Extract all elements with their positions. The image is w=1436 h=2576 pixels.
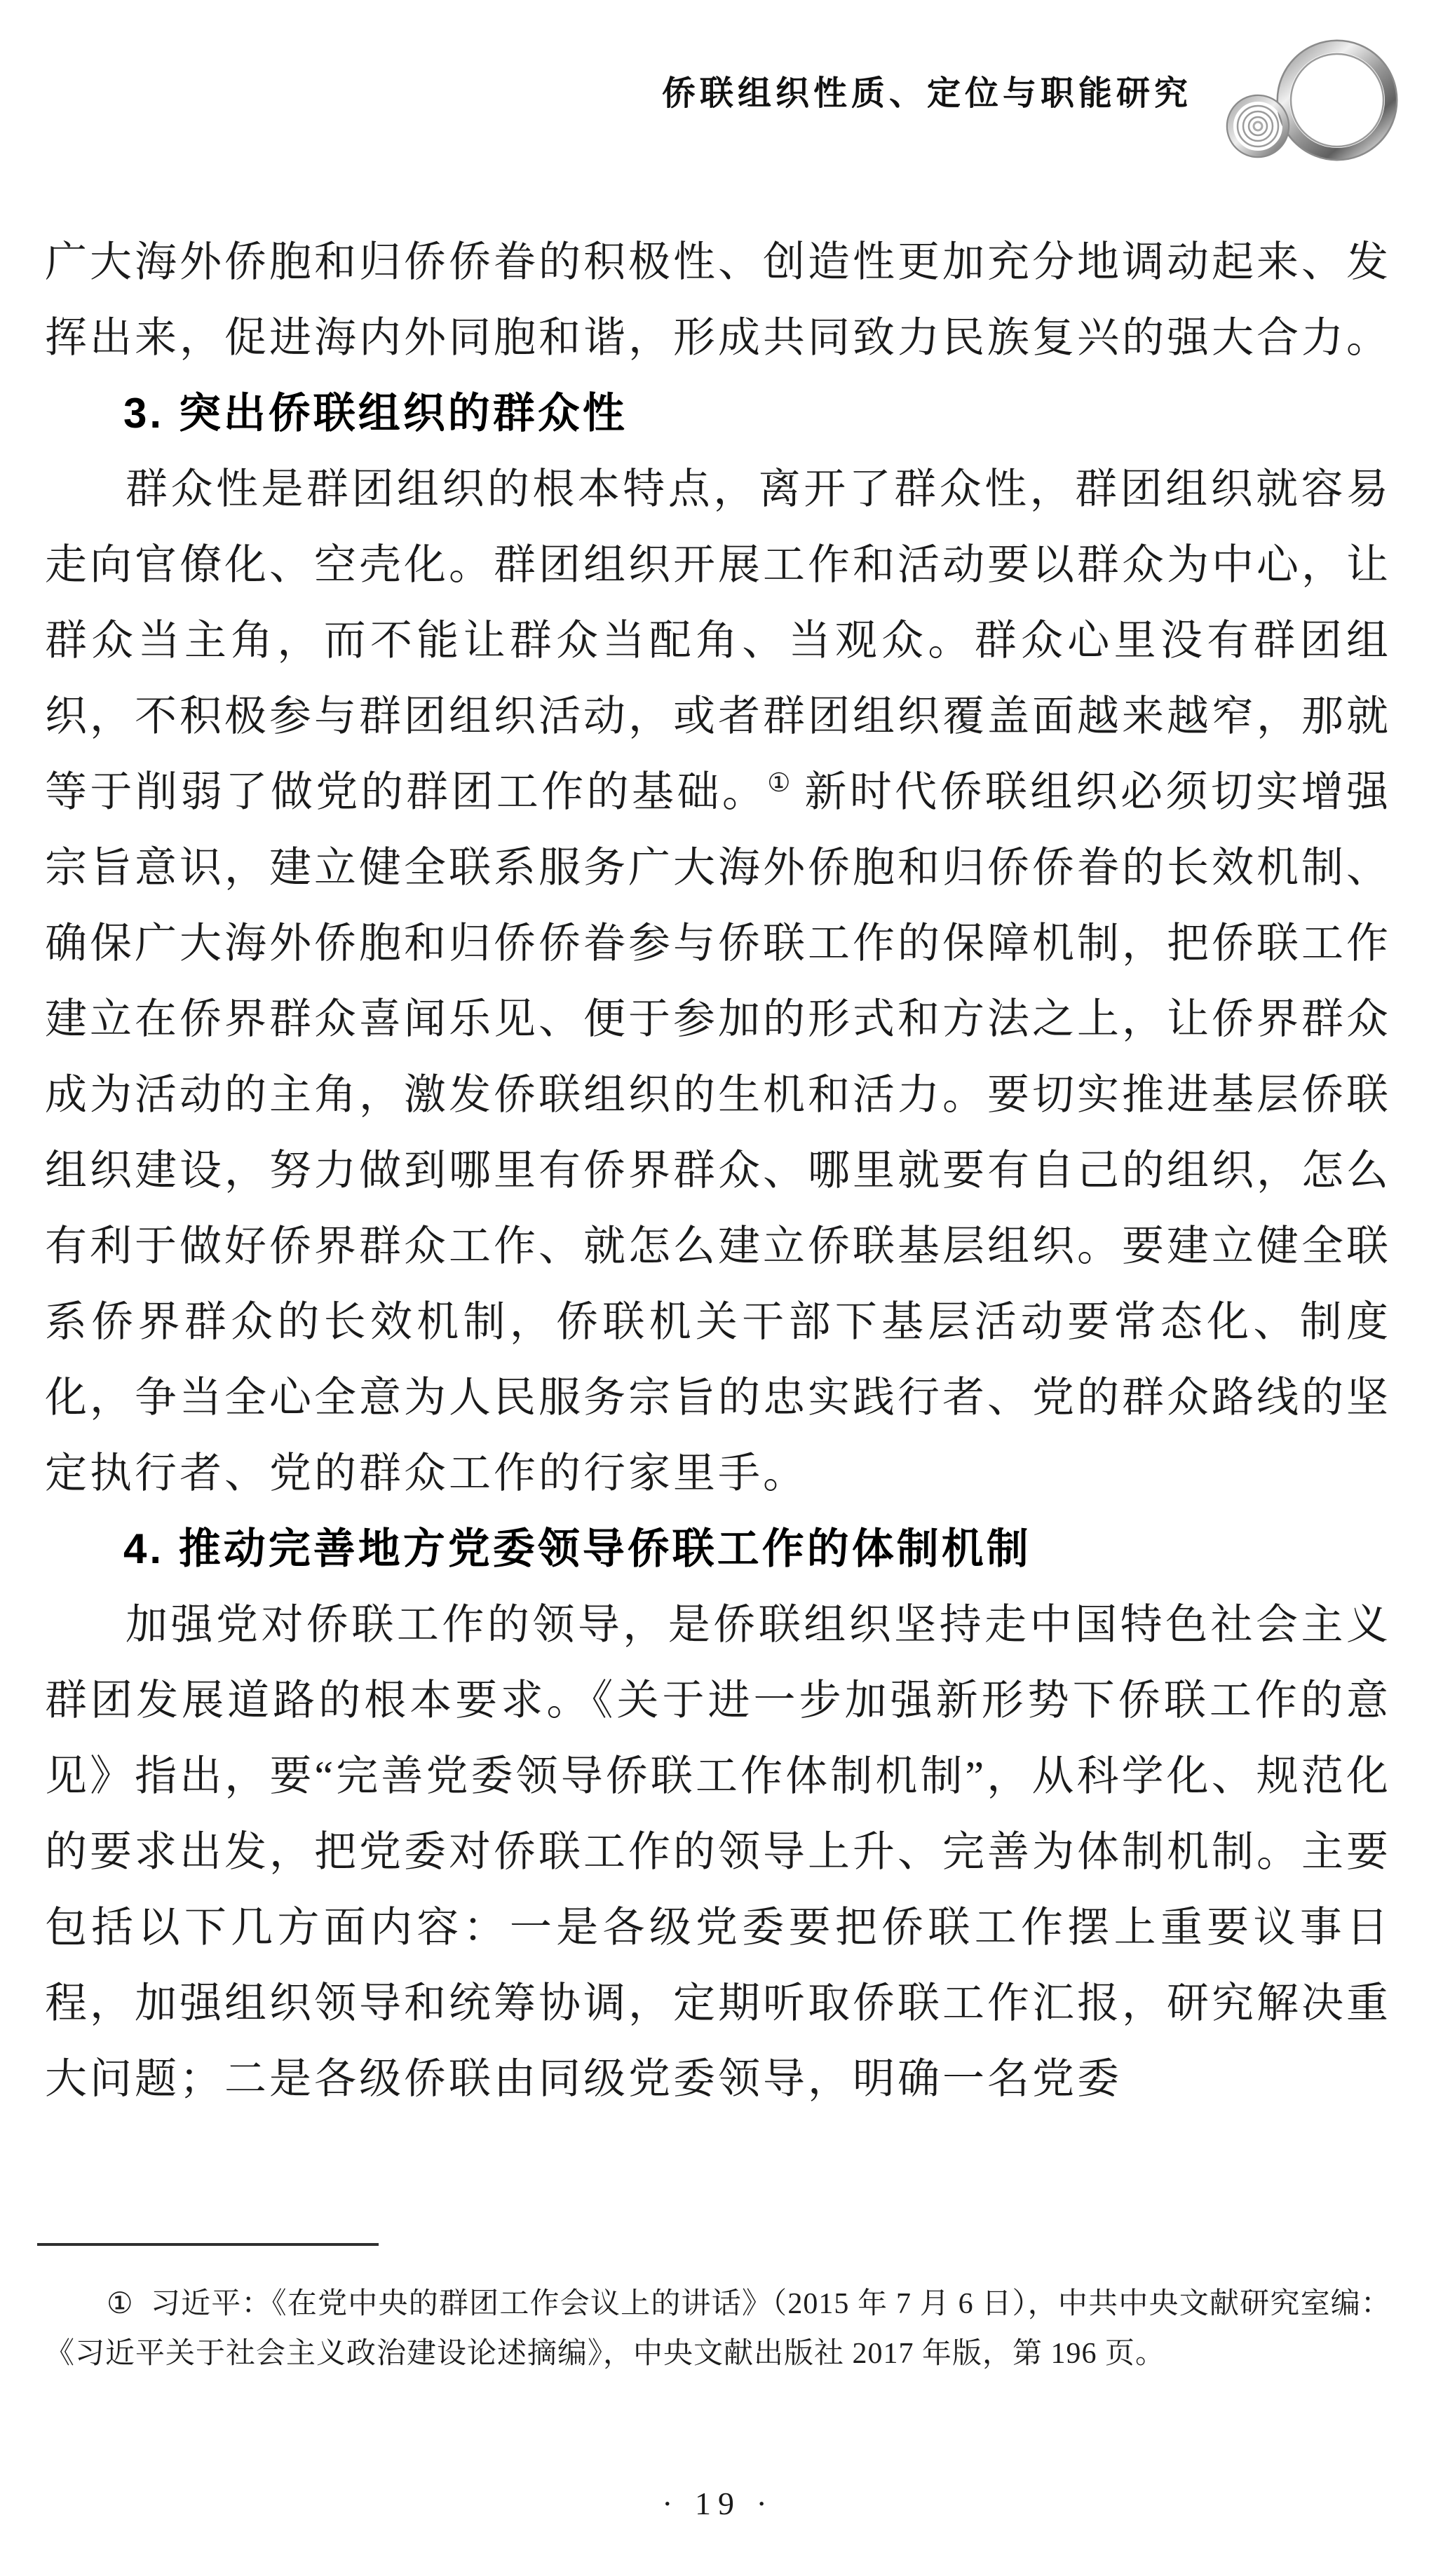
rings-decoration-icon (1217, 29, 1406, 170)
paragraph-continued: 广大海外侨胞和归侨侨眷的积极性、创造性更加充分地调动起来、发挥出来，促进海内外同… (45, 224, 1391, 376)
large-ring-icon (1278, 41, 1397, 160)
paragraph-text: 群众性是群团组织的根本特点，离开了群众性，群团组织就容易走向官僚化、空壳化。群团… (45, 466, 1391, 815)
section-heading-4: 4. 推动完善地方党委领导侨联工作的体制机制 (45, 1511, 1391, 1587)
book-page: 侨联组织性质、定位与职能研究 (0, 0, 1436, 2576)
paragraph-text: 新时代侨联组织必须切实增强宗旨意识，建立健全联系服务广大海外侨胞和归侨侨眷的长效… (45, 769, 1391, 1497)
footnote-text: 习近平：《在党中央的群团工作会议上的讲话》（2015 年 7 月 6 日），中共… (45, 2288, 1391, 2370)
small-ring-icon (1227, 95, 1289, 157)
footnote-marker: ① (107, 2288, 134, 2320)
paragraph-section4: 加强党对侨联工作的领导，是侨联组织坚持走中国特色社会主义群团发展道路的根本要求。… (45, 1587, 1391, 2117)
running-head-title: 侨联组织性质、定位与职能研究 (662, 74, 1192, 114)
footnote-separator (37, 2243, 379, 2246)
paragraph-section3: 群众性是群团组织的根本特点，离开了群众性，群团组织就容易走向官僚化、空壳化。群团… (45, 451, 1391, 1511)
footnote: ①习近平：《在党中央的群团工作会议上的讲话》（2015 年 7 月 6 日），中… (45, 2279, 1391, 2379)
footnote-ref-1[interactable]: ① (767, 769, 791, 798)
page-body: 广大海外侨胞和归侨侨眷的积极性、创造性更加充分地调动起来、发挥出来，促进海内外同… (45, 224, 1391, 2117)
page-number: · 19 · (0, 2485, 1436, 2522)
section-heading-3: 3. 突出侨联组织的群众性 (45, 376, 1391, 451)
